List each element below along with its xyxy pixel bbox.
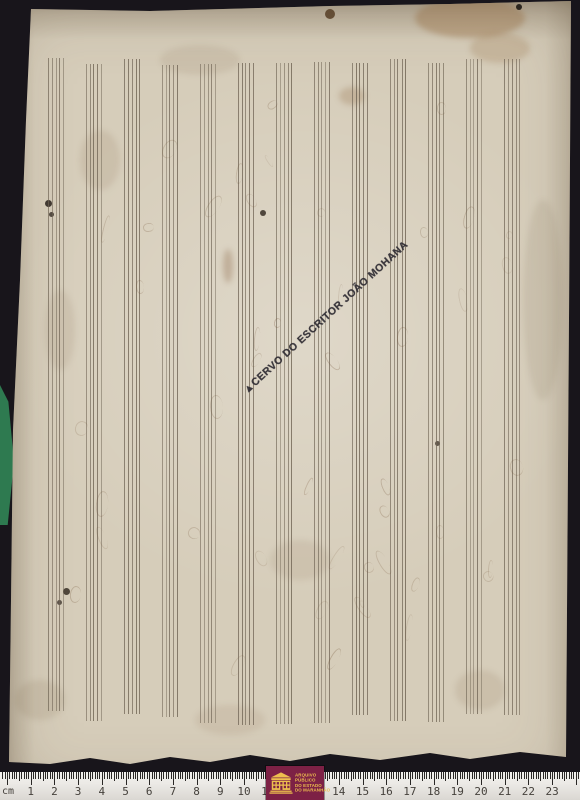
staff-line	[291, 63, 292, 725]
ruler-number: 18	[423, 785, 445, 798]
ruler-tick	[573, 772, 574, 779]
ruler-number: 16	[375, 785, 397, 798]
ruler-tick	[201, 772, 202, 779]
ruler-tick	[80, 772, 81, 779]
ruler-tick	[263, 772, 264, 779]
ruler-tick	[40, 772, 41, 779]
ruler-tick	[576, 772, 577, 785]
ruler-tick	[256, 772, 257, 781]
stain	[523, 200, 563, 400]
ruler-tick	[47, 772, 48, 779]
ruler-tick	[114, 772, 115, 781]
staff-line	[329, 62, 330, 722]
ruler-tick	[232, 772, 233, 781]
ruler-tick	[135, 772, 136, 779]
ruler-tick	[341, 772, 342, 779]
staff-line	[48, 58, 49, 711]
ruler-number: 1	[20, 785, 42, 798]
ruler-tick	[213, 772, 214, 779]
archive-logo-line: DO MARANHÃO	[295, 788, 328, 793]
ruler-tick	[426, 772, 427, 779]
ruler-number: 10	[233, 785, 255, 798]
ruler-tick	[329, 772, 330, 779]
ruler-tick	[52, 772, 53, 779]
ruler-number: 2	[43, 785, 65, 798]
ruler-tick	[45, 772, 46, 779]
ruler-tick	[562, 772, 563, 779]
ruler-tick	[178, 772, 179, 779]
staff-line	[200, 64, 201, 723]
ruler-tick	[372, 772, 373, 779]
ruler-tick	[353, 772, 354, 779]
ruler-tick	[7, 772, 8, 785]
bleedthrough-mark	[410, 576, 422, 592]
ruler-tick	[434, 772, 435, 785]
archive-building-icon	[269, 771, 293, 795]
ruler-tick	[547, 772, 548, 779]
staff-line	[128, 59, 129, 714]
ruler-tick	[19, 772, 20, 781]
staff-line	[52, 58, 53, 711]
bleedthrough-mark	[437, 102, 446, 115]
ruler-number: 20	[470, 785, 492, 798]
ruler-tick	[218, 772, 219, 779]
staff-line	[504, 59, 505, 715]
staff-line	[318, 62, 319, 722]
ruler-tick	[436, 772, 437, 779]
ruler-tick	[92, 772, 93, 779]
ruler-tick	[519, 772, 520, 779]
ruler-tick	[118, 772, 119, 779]
ruler-number: 22	[517, 785, 539, 798]
ruler-tick	[348, 772, 349, 779]
ruler-tick	[166, 772, 167, 779]
ruler-tick	[490, 772, 491, 779]
ink-spot	[260, 210, 266, 216]
ruler-number: 21	[494, 785, 516, 798]
ruler-tick	[5, 772, 6, 779]
ruler-tick	[206, 772, 207, 779]
ruler-tick	[384, 772, 385, 779]
staff-line	[276, 63, 277, 725]
ruler-tick	[12, 772, 13, 779]
staff-line	[363, 63, 364, 715]
staff-line	[139, 59, 140, 714]
ruler-tick	[185, 772, 186, 781]
ruler-number: 15	[352, 785, 374, 798]
ruler-tick	[242, 772, 243, 779]
ruler-tick	[521, 772, 522, 779]
ruler-tick	[538, 772, 539, 779]
ruler-tick	[54, 772, 55, 785]
ruler-tick	[253, 772, 254, 779]
ruler-tick	[204, 772, 205, 779]
staff	[124, 59, 141, 714]
staff-line	[93, 64, 94, 721]
ruler-tick	[441, 772, 442, 779]
staff-line	[473, 59, 474, 714]
staff-line	[253, 63, 254, 724]
ruler-tick	[121, 772, 122, 779]
ruler-tick	[389, 772, 390, 779]
ruler-tick	[498, 772, 499, 779]
ruler-tick	[351, 772, 352, 781]
staff-line	[325, 62, 326, 722]
ruler-tick	[483, 772, 484, 779]
ruler-tick	[457, 772, 458, 785]
ruler-tick	[199, 772, 200, 779]
staff-line	[86, 64, 87, 721]
ruler-tick	[107, 772, 108, 779]
ruler-tick	[528, 772, 529, 785]
staff-line	[166, 65, 167, 717]
ruler-tick	[235, 772, 236, 779]
ruler-number: 17	[399, 785, 421, 798]
ruler-tick	[566, 772, 567, 779]
ruler-tick	[358, 772, 359, 779]
ruler-tick	[502, 772, 503, 779]
ruler-tick	[370, 772, 371, 779]
ruler-tick	[500, 772, 501, 779]
ruler-tick	[258, 772, 259, 779]
ruler-tick	[481, 772, 482, 785]
ruler-tick	[564, 772, 565, 781]
ruler-unit-label: cm	[2, 786, 14, 797]
bleedthrough-mark	[69, 585, 82, 603]
ruler-tick	[168, 772, 169, 779]
ruler-tick	[14, 772, 15, 779]
ruler-tick	[76, 772, 77, 779]
staff-line	[162, 65, 163, 717]
ruler-tick	[540, 772, 541, 781]
ruler-tick	[410, 772, 411, 785]
ruler-number: 3	[67, 785, 89, 798]
ruler-tick	[512, 772, 513, 779]
staff-line	[436, 63, 437, 722]
ruler-tick	[88, 772, 89, 779]
ruler-tick	[453, 772, 454, 779]
staff	[86, 64, 103, 721]
ruler-tick	[391, 772, 392, 779]
ruler-tick	[197, 772, 198, 785]
bleedthrough-mark	[419, 227, 428, 239]
staff-line	[466, 59, 467, 714]
ruler-tick	[517, 772, 518, 781]
ruler-tick	[35, 772, 36, 779]
ruler-tick	[550, 772, 551, 779]
staff-line	[512, 59, 513, 715]
ruler-tick	[367, 772, 368, 779]
ruler-tick	[57, 772, 58, 779]
ruler-tick	[363, 772, 364, 785]
ruler-tick	[386, 772, 387, 785]
staff-line	[432, 63, 433, 722]
staff-line	[390, 59, 391, 721]
ruler-tick	[488, 772, 489, 779]
staff-line	[508, 59, 509, 715]
ruler-tick	[83, 772, 84, 779]
ruler-number: 19	[446, 785, 468, 798]
ruler-tick	[192, 772, 193, 779]
staff	[162, 65, 179, 717]
staff-line	[284, 63, 285, 725]
staff-line	[204, 64, 205, 723]
ruler-tick	[154, 772, 155, 779]
ruler-tick	[59, 772, 60, 779]
ruler-tick	[111, 772, 112, 779]
staff	[504, 59, 521, 715]
ruler-tick	[180, 772, 181, 779]
staff-line	[169, 65, 170, 717]
ruler-tick	[173, 772, 174, 785]
staff-line	[90, 64, 91, 721]
ruler-tick	[171, 772, 172, 779]
ruler-tick	[336, 772, 337, 779]
ruler-tick	[50, 772, 51, 779]
ruler-tick	[495, 772, 496, 779]
ruler-tick	[249, 772, 250, 779]
ruler-tick	[142, 772, 143, 779]
staff-line	[211, 64, 212, 723]
ruler-tick	[182, 772, 183, 779]
bleedthrough-mark	[136, 279, 145, 294]
ruler-tick	[393, 772, 394, 779]
staff-line	[359, 63, 360, 715]
staff-line	[101, 64, 102, 721]
ruler-tick	[374, 772, 375, 781]
staff-line	[177, 65, 178, 717]
ruler-tick	[261, 772, 262, 779]
ruler-tick	[69, 772, 70, 779]
ruler-tick	[137, 772, 138, 781]
ruler-tick	[78, 772, 79, 785]
staff-line	[59, 58, 60, 711]
ruler-tick	[554, 772, 555, 779]
staff-line	[97, 64, 98, 721]
staff-line	[132, 59, 133, 714]
ruler-tick	[408, 772, 409, 779]
ruler-tick	[97, 772, 98, 779]
ruler-tick	[398, 772, 399, 781]
ruler-number: 23	[541, 785, 563, 798]
staff	[276, 63, 293, 725]
ink-spot	[516, 4, 522, 10]
ruler-tick	[578, 772, 579, 779]
ruler-tick	[144, 772, 145, 779]
ruler-tick	[381, 772, 382, 779]
ruler-tick	[559, 772, 560, 779]
staff-line	[402, 59, 403, 721]
ruler-tick	[223, 772, 224, 779]
archive-logo: ARQUIVO PÚBLICO DO ESTADO DO MARANHÃO	[266, 766, 324, 800]
ruler-number: 8	[186, 785, 208, 798]
ruler-tick	[536, 772, 537, 779]
ruler-tick	[225, 772, 226, 779]
bleedthrough-mark	[209, 394, 224, 419]
ruler-tick	[509, 772, 510, 779]
ruler-tick	[476, 772, 477, 779]
ruler-tick	[64, 772, 65, 779]
ruler-tick	[526, 772, 527, 779]
ruler-tick	[543, 772, 544, 779]
ruler-tick	[507, 772, 508, 779]
ruler-tick	[21, 772, 22, 779]
ruler-tick	[237, 772, 238, 779]
ruler-tick	[90, 772, 91, 781]
ruler-tick	[220, 772, 221, 785]
ruler-tick	[360, 772, 361, 779]
bleedthrough-mark	[142, 222, 154, 233]
ruler-tick	[149, 772, 150, 785]
ruler-tick	[104, 772, 105, 779]
stain	[415, 0, 525, 38]
bleedthrough-mark	[264, 154, 275, 168]
staff-line	[519, 59, 520, 715]
stain	[223, 249, 233, 283]
ruler-tick	[474, 772, 475, 779]
ruler-number: 6	[138, 785, 160, 798]
staff-line	[56, 58, 57, 711]
archive-logo-text: ARQUIVO PÚBLICO DO ESTADO DO MARANHÃO	[295, 773, 328, 794]
staff-line	[136, 59, 137, 714]
ruler-tick	[479, 772, 480, 779]
staff-line	[208, 64, 209, 723]
staff-line	[173, 65, 174, 717]
ruler-tick	[405, 772, 406, 779]
bleedthrough-mark	[396, 326, 409, 347]
ruler-tick	[28, 772, 29, 779]
staff-line	[397, 59, 398, 721]
staff	[48, 58, 65, 711]
ruler-tick	[152, 772, 153, 779]
ruler-tick	[187, 772, 188, 779]
ruler-tick	[85, 772, 86, 779]
ruler-tick	[230, 772, 231, 779]
ruler-tick	[455, 772, 456, 779]
ruler-tick	[95, 772, 96, 779]
ruler-tick	[377, 772, 378, 779]
ruler-tick	[464, 772, 465, 779]
ruler-tick	[26, 772, 27, 779]
ruler-tick	[467, 772, 468, 779]
staff	[314, 62, 331, 722]
ruler-tick	[524, 772, 525, 779]
staff-line	[439, 63, 440, 722]
ruler-tick	[73, 772, 74, 779]
staff-line	[477, 59, 478, 714]
staff-line	[394, 59, 395, 721]
ruler-tick	[462, 772, 463, 779]
ruler-tick	[66, 772, 67, 781]
ruler-tick	[334, 772, 335, 779]
ruler-tick	[175, 772, 176, 779]
ruler-tick	[396, 772, 397, 779]
staff-line	[356, 63, 357, 715]
ruler-tick	[216, 772, 217, 779]
ruler-tick	[472, 772, 473, 779]
ruler-tick	[133, 772, 134, 779]
staff	[466, 59, 483, 714]
ruler-tick	[429, 772, 430, 779]
ruler-tick	[62, 772, 63, 779]
ruler-tick	[443, 772, 444, 779]
staff-line	[321, 62, 322, 722]
ruler-tick	[486, 772, 487, 779]
ruler-tick	[400, 772, 401, 779]
ruler-tick	[412, 772, 413, 779]
ruler-tick	[424, 772, 425, 779]
ruler-tick	[163, 772, 164, 779]
ruler-tick	[99, 772, 100, 779]
ruler-tick	[159, 772, 160, 779]
ruler-number: 4	[91, 785, 113, 798]
ruler-tick	[33, 772, 34, 779]
ruler-tick	[379, 772, 380, 779]
ruler-tick	[403, 772, 404, 779]
ruler-tick	[147, 772, 148, 779]
ruler-tick	[2, 772, 3, 779]
ruler-tick	[419, 772, 420, 779]
staff-line	[124, 59, 125, 714]
green-backing-strip	[0, 385, 14, 525]
ruler-tick	[156, 772, 157, 779]
staff-line	[352, 63, 353, 715]
staff	[428, 63, 445, 722]
ruler-tick	[16, 772, 17, 779]
ruler-tick	[365, 772, 366, 779]
ruler-tick	[211, 772, 212, 779]
staff-line	[443, 63, 444, 722]
ruler-tick	[43, 772, 44, 781]
ruler-tick	[545, 772, 546, 779]
ruler-tick	[460, 772, 461, 779]
ruler-tick	[355, 772, 356, 779]
ruler-number: 7	[162, 785, 184, 798]
staff	[390, 59, 407, 721]
ruler-number: 14	[328, 785, 350, 798]
staff-line	[314, 62, 315, 722]
ruler-tick	[450, 772, 451, 779]
ruler-tick	[505, 772, 506, 785]
ruler-tick	[109, 772, 110, 779]
staff-line	[215, 64, 216, 723]
ruler-tick	[569, 772, 570, 779]
staff-line	[470, 59, 471, 714]
ruler-tick	[246, 772, 247, 779]
ruler-tick	[469, 772, 470, 781]
ruler-tick	[194, 772, 195, 779]
staff-line	[63, 58, 64, 711]
ruler-tick	[533, 772, 534, 779]
ruler-tick	[346, 772, 347, 779]
ruler-tick	[493, 772, 494, 781]
ruler-tick	[531, 772, 532, 779]
scan-viewport: ▲CERVO DO ESCRITOR JOÃO MOHANA cm 123456…	[0, 0, 580, 800]
ruler-tick	[339, 772, 340, 785]
ruler-tick	[332, 772, 333, 779]
ruler-tick	[244, 772, 245, 785]
ruler-tick	[445, 772, 446, 781]
staff-line	[516, 59, 517, 715]
staff	[200, 64, 217, 723]
ruler-tick	[130, 772, 131, 779]
ruler-tick	[514, 772, 515, 779]
ruler-tick	[227, 772, 228, 779]
ruler-tick	[344, 772, 345, 779]
ruler-tick	[116, 772, 117, 779]
ruler-tick	[438, 772, 439, 779]
manuscript-page: ▲CERVO DO ESCRITOR JOÃO MOHANA	[0, 0, 580, 800]
